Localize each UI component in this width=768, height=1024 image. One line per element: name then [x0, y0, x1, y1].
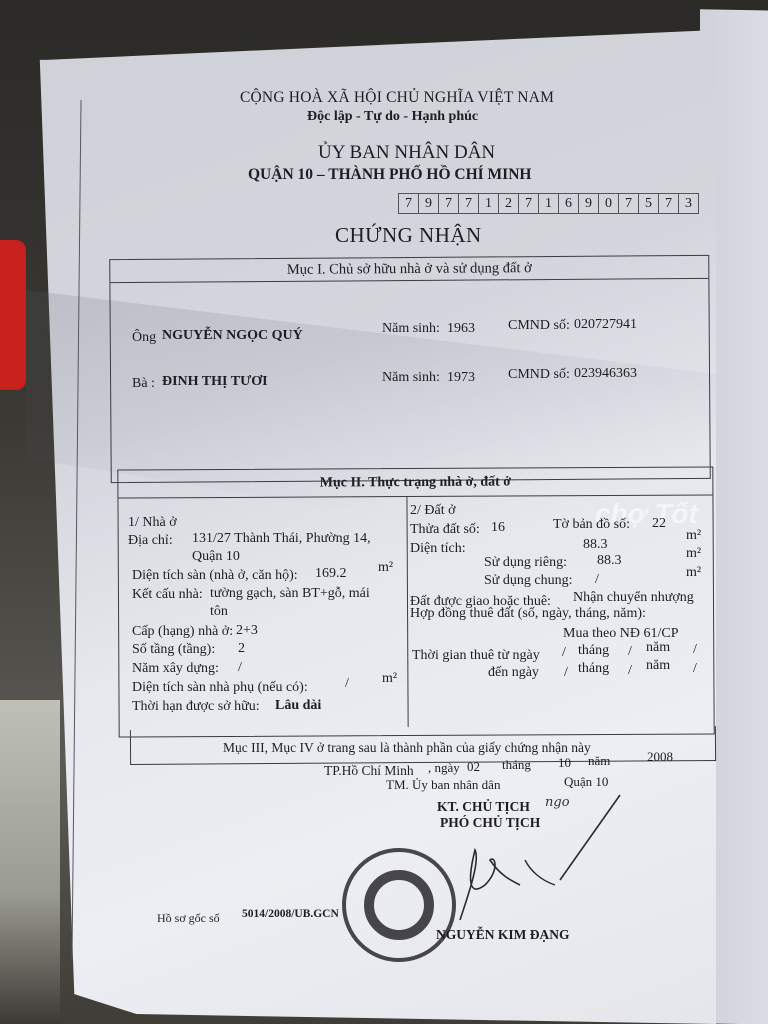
serial-digit: 7: [439, 193, 459, 214]
aux-area-label: Diện tích sàn nhà phụ (nếu có):: [132, 680, 308, 696]
grade-value: 2+3: [236, 623, 258, 639]
shared-use-label: Sử dụng chung:: [484, 573, 572, 589]
address-label: Địa chỉ:: [128, 533, 173, 549]
official-seal: [342, 848, 456, 962]
owner1-birth-year: 1963: [447, 321, 475, 337]
address-line2: Quận 10: [192, 549, 240, 565]
floor-area-label: Diện tích sàn (nhà ở, căn hộ):: [132, 568, 298, 584]
map-sheet-value: 22: [652, 516, 666, 532]
district-name: QUẬN 10 – THÀNH PHỐ HỒ CHÍ MINH: [248, 166, 531, 184]
owner1-id-number: 020727941: [574, 317, 637, 333]
record-label: Hồ sơ gốc số: [157, 911, 220, 926]
serial-digit: 7: [659, 193, 679, 214]
sign-district: Quận 10: [564, 774, 608, 790]
lease-contract-label: Hợp đồng thuê đất (số, ngày, tháng, năm)…: [410, 606, 646, 622]
parcel-label: Thửa đất số:: [410, 522, 480, 538]
national-motto: Độc lập - Tự do - Hạnh phúc: [307, 109, 478, 125]
year-built-value: /: [238, 660, 242, 676]
address-line1: 131/27 Thành Thái, Phường 14,: [192, 531, 371, 547]
private-use-unit: m²: [686, 546, 701, 562]
column-divider: [406, 496, 408, 727]
floor-area-value: 169.2: [315, 566, 347, 582]
serial-digit: 1: [539, 193, 559, 214]
private-use-value: 88.3: [597, 553, 622, 569]
authority-name: ỦY BAN NHÂN DÂN: [318, 142, 495, 164]
land-area-label: Diện tích:: [410, 541, 466, 557]
map-sheet-label: Tờ bản đồ số:: [553, 517, 630, 533]
lease-from-month-label: tháng: [578, 643, 609, 659]
lease-to-label: đến ngày: [488, 665, 539, 681]
structure-label: Kết cấu nhà:: [132, 587, 203, 603]
owner1-id-label: CMND số:: [508, 318, 570, 334]
ownership-term-value: Lâu dài: [275, 698, 321, 714]
ownership-term-label: Thời hạn được sở hữu:: [132, 699, 260, 715]
lease-from-label: Thời gian thuê từ ngày: [412, 648, 540, 664]
owner1-birth-label: Năm sinh:: [382, 321, 440, 337]
sign-year-label: năm: [588, 753, 610, 769]
sign-day: 02: [467, 759, 480, 775]
national-title: CỘNG HOÀ XÃ HỘI CHỦ NGHĨA VIỆT NAM: [240, 89, 554, 107]
lease-to-year-label: năm: [646, 658, 670, 674]
serial-digit: 7: [619, 193, 639, 214]
lease-from-year-label: năm: [646, 640, 670, 656]
structure-line2: tôn: [210, 604, 228, 620]
serial-number-boxes: 797712716907573: [398, 193, 699, 214]
serial-digit: 3: [679, 193, 699, 214]
owner2-prefix: Bà :: [132, 376, 155, 392]
background-red-object: [0, 240, 26, 390]
serial-digit: 6: [559, 193, 579, 214]
lease-from-month: /: [628, 644, 632, 660]
shared-use-unit: m²: [686, 565, 701, 581]
serial-digit: 5: [639, 193, 659, 214]
allocation-value: Nhận chuyển nhượng: [573, 590, 694, 606]
land-area-unit: m²: [686, 528, 701, 544]
sign-date-text: , ngày: [428, 760, 460, 776]
owner2-name: ĐINH THỊ TƯƠI: [162, 374, 268, 390]
handwritten-signature: [440, 790, 640, 940]
floors-label: Số tầng (tầng):: [132, 642, 215, 658]
structure-line1: tường gạch, sàn BT+gỗ, mái: [210, 586, 370, 602]
serial-digit: 7: [459, 193, 479, 214]
owner2-birth-year: 1973: [447, 370, 475, 386]
document-title: CHỨNG NHẬN: [335, 223, 482, 248]
grade-label: Cấp (hạng) nhà ở:: [132, 624, 233, 640]
owner2-id-label: CMND số:: [508, 367, 570, 383]
land-area-value: 88.3: [583, 537, 608, 553]
sign-month: 10: [558, 755, 571, 771]
lease-to-day: /: [564, 665, 568, 681]
floors-value: 2: [238, 641, 245, 657]
house-title: 1/ Nhà ở: [128, 515, 177, 531]
year-built-label: Năm xây dựng:: [132, 661, 219, 677]
lease-to-month: /: [628, 663, 632, 679]
footer-note: Mục III, Mục IV ở trang sau là thành phầ…: [223, 740, 591, 756]
owner2-id-number: 023946363: [574, 366, 637, 382]
serial-digit: 7: [398, 193, 419, 214]
serial-digit: 9: [579, 193, 599, 214]
record-number: 5014/2008/UB.GCN: [242, 908, 339, 920]
section1-heading: Mục I. Chủ sở hữu nhà ở và sử dụng đất ở: [110, 256, 708, 283]
section2-heading: Mục II. Thực trạng nhà ở, đất ở: [118, 467, 712, 498]
sign-month-label: tháng: [502, 757, 531, 773]
shared-use-value: /: [595, 572, 599, 588]
serial-digit: 2: [499, 193, 519, 214]
lease-from-year: /: [693, 642, 697, 658]
private-use-label: Sử dụng riêng:: [484, 555, 567, 571]
lease-from-day: /: [562, 645, 566, 661]
serial-digit: 9: [419, 193, 439, 214]
serial-digit: 0: [599, 193, 619, 214]
signer-name: NGUYỄN KIM ĐẠNG: [436, 927, 570, 943]
aux-area-unit: m²: [382, 671, 397, 687]
sign-year: 2008: [647, 749, 673, 765]
parcel-value: 16: [491, 520, 505, 536]
serial-digit: 7: [519, 193, 539, 214]
land-title: 2/ Đất ở: [410, 503, 456, 519]
lease-to-month-label: tháng: [578, 661, 609, 677]
owner2-birth-label: Năm sinh:: [382, 370, 440, 386]
background-floor: [0, 700, 60, 1024]
owner1-prefix: Ông: [132, 330, 156, 346]
floor-area-unit: m²: [378, 560, 393, 576]
serial-digit: 1: [479, 193, 499, 214]
lease-to-year: /: [693, 661, 697, 677]
aux-area-value: /: [345, 676, 349, 692]
owner1-name: NGUYỄN NGỌC QUÝ: [162, 328, 303, 344]
